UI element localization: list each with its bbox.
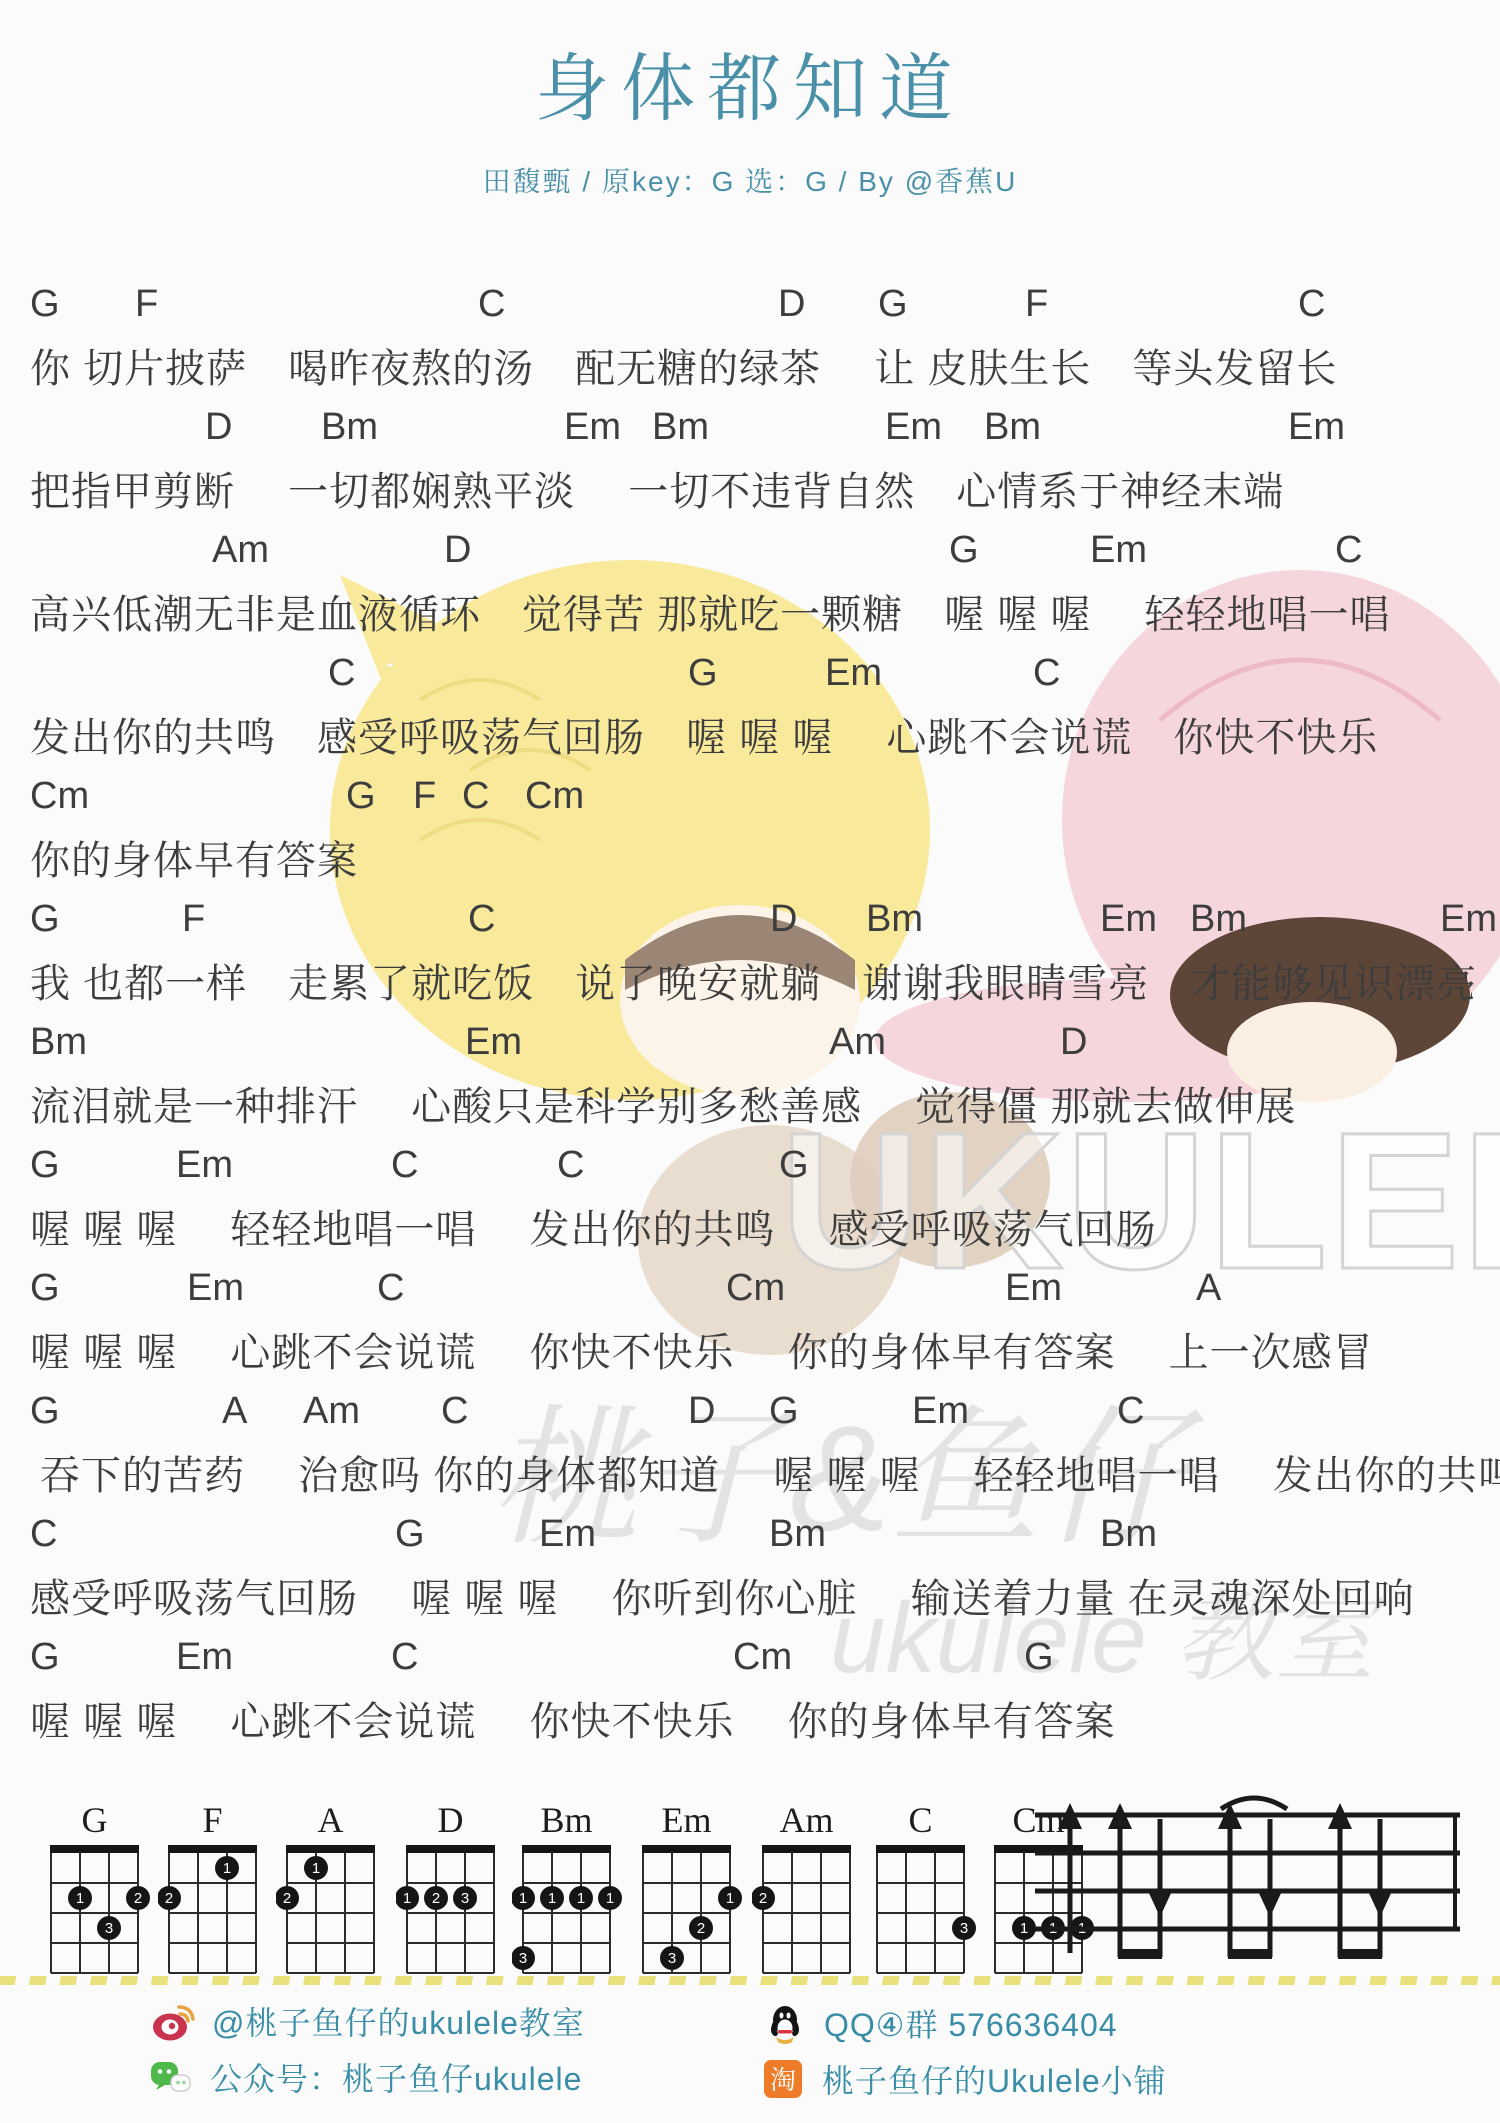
chord-label: F xyxy=(413,775,436,818)
chord-label: Bm xyxy=(1190,898,1247,941)
chord-label: G xyxy=(30,1267,60,1310)
chord-label: Cm xyxy=(30,775,89,818)
svg-text:C: C xyxy=(908,1800,932,1840)
chord-label: Em xyxy=(825,652,882,695)
chord-label: Bm xyxy=(769,1513,826,1556)
footer-text: QQ④群 576636404 xyxy=(824,2000,1118,2046)
lyric-line: 流泪就是一种排汗 心酸只是科学别多愁善感 觉得僵 那就去做伸展 xyxy=(30,1075,1296,1132)
chord-label: Em xyxy=(564,406,621,449)
chord-label: G xyxy=(878,283,908,326)
svg-text:1: 1 xyxy=(403,1890,411,1907)
chord-label: C xyxy=(30,1513,57,1556)
wechat-icon xyxy=(148,2054,194,2100)
chord-label: D xyxy=(1060,1021,1087,1064)
chord-label: Bm xyxy=(321,406,378,449)
svg-text:D: D xyxy=(438,1800,464,1840)
chord-label: G xyxy=(30,1390,60,1433)
svg-text:Em: Em xyxy=(662,1800,712,1840)
chord-label: G xyxy=(30,1636,60,1679)
song-subtitle: 田馥甄 / 原key：G 选：G / By @香蕉U xyxy=(0,160,1500,200)
chord-label: D xyxy=(444,529,471,572)
chord-label: Em xyxy=(1100,898,1157,941)
chord-label: A xyxy=(1196,1267,1221,1310)
chord-label: C xyxy=(462,775,489,818)
dashed-divider xyxy=(0,1976,1500,1985)
sheet-line-6: GFCDBmEmBmEm我 也都一样 走累了就吃饭 说了晚安就躺 谢谢我眼睛雪亮… xyxy=(0,898,1500,1020)
chord-label: Em xyxy=(912,1390,969,1433)
svg-text:淘: 淘 xyxy=(770,2065,796,2095)
chord-sheet-page: UKULELE 桃子&鱼仔 ukulele 教室 身体都知道 田馥甄 / 原ke… xyxy=(0,0,1500,2123)
lyric-line: 喔 喔 喔 心跳不会说谎 你快不快乐 你的身体早有答案 上一次感冒 xyxy=(30,1321,1374,1378)
svg-text:3: 3 xyxy=(519,1950,527,1967)
lyric-line: 高兴低潮无非是血液循环 觉得苦 那就吃一颗糖 喔 喔 喔 轻轻地唱一唱 xyxy=(30,583,1390,640)
chord-diagram-G: G123 xyxy=(40,1790,150,1985)
chord-label: Bm xyxy=(30,1021,87,1064)
lyric-line: 你的身体早有答案 xyxy=(30,829,358,886)
svg-text:1: 1 xyxy=(223,1860,231,1877)
svg-text:3: 3 xyxy=(461,1890,469,1907)
chord-label: Cm xyxy=(733,1636,792,1679)
svg-text:1: 1 xyxy=(76,1890,84,1907)
footer-item-0-1: QQ④群 576636404 xyxy=(762,2000,1118,2046)
chord-diagram-C: C3 xyxy=(866,1790,976,1985)
chord-label: Am xyxy=(212,529,269,572)
svg-text:F: F xyxy=(202,1800,222,1840)
strum-pattern-staff xyxy=(1025,1795,1470,1975)
svg-text:2: 2 xyxy=(134,1890,142,1907)
footer-item-1-0: 公众号：桃子鱼仔ukulele xyxy=(148,2054,582,2100)
svg-text:A: A xyxy=(318,1800,344,1840)
chord-label: D xyxy=(778,283,805,326)
svg-text:1: 1 xyxy=(548,1890,556,1907)
svg-text:1: 1 xyxy=(606,1890,614,1907)
chord-label: G xyxy=(779,1144,809,1187)
chord-label: Am xyxy=(303,1390,360,1433)
sheet-line-5: CmGFCCm你的身体早有答案 xyxy=(0,775,1500,897)
chord-label: D xyxy=(205,406,232,449)
sheet-line-10: GAAmCDGEmC吞下的苦药 治愈吗 你的身体都知道 喔 喔 喔 轻轻地唱一唱… xyxy=(0,1390,1500,1512)
chord-label: Em xyxy=(176,1636,233,1679)
taobao-icon: 淘 xyxy=(760,2056,806,2102)
chord-label: C xyxy=(1033,652,1060,695)
chord-label: A xyxy=(222,1390,247,1433)
chord-label: Bm xyxy=(652,406,709,449)
chord-label: G xyxy=(395,1513,425,1556)
chord-label: Bm xyxy=(984,406,1041,449)
sheet-line-4: CGEmC发出你的共鸣 感受呼吸荡气回肠 喔 喔 喔 心跳不会说谎 你快不快乐 xyxy=(0,652,1500,774)
svg-text:1: 1 xyxy=(577,1890,585,1907)
chord-label: C xyxy=(328,652,355,695)
chord-label: Cm xyxy=(525,775,584,818)
song-title: 身体都知道 xyxy=(0,30,1500,136)
chord-label: Em xyxy=(885,406,942,449)
svg-text:2: 2 xyxy=(432,1890,440,1907)
svg-text:2: 2 xyxy=(283,1890,291,1907)
chord-label: Am xyxy=(829,1021,886,1064)
chord-label: C xyxy=(468,898,495,941)
sheet-line-9: GEmCCmEmA喔 喔 喔 心跳不会说谎 你快不快乐 你的身体早有答案 上一次… xyxy=(0,1267,1500,1389)
chord-label: C xyxy=(377,1267,404,1310)
chord-label: G xyxy=(949,529,979,572)
footer-text: @桃子鱼仔的ukulele教室 xyxy=(212,1998,585,2044)
chord-label: G xyxy=(30,898,60,941)
sheet-line-12: GEmCCmG喔 喔 喔 心跳不会说谎 你快不快乐 你的身体早有答案 xyxy=(0,1636,1500,1758)
chord-label: Bm xyxy=(1100,1513,1157,1556)
chord-label: Em xyxy=(1090,529,1147,572)
lyric-line: 喔 喔 喔 心跳不会说谎 你快不快乐 你的身体早有答案 xyxy=(30,1690,1116,1747)
chord-label: C xyxy=(557,1144,584,1187)
sheet-line-3: AmDGEmC高兴低潮无非是血液循环 觉得苦 那就吃一颗糖 喔 喔 喔 轻轻地唱… xyxy=(0,529,1500,651)
chord-diagram-Em: Em123 xyxy=(632,1790,742,1985)
chord-label: C xyxy=(1298,283,1325,326)
svg-text:Bm: Bm xyxy=(540,1800,592,1840)
lyric-line: 发出你的共鸣 感受呼吸荡气回肠 喔 喔 喔 心跳不会说谎 你快不快乐 xyxy=(30,706,1378,763)
chord-label: G xyxy=(30,1144,60,1187)
weibo-icon xyxy=(150,1998,196,2044)
chord-label: Em xyxy=(176,1144,233,1187)
footer-item-1-1: 淘 桃子鱼仔的Ukulele小铺 xyxy=(760,2056,1167,2102)
chord-label: Em xyxy=(1288,406,1345,449)
sheet-line-2: DBmEmBmEmBmEm把指甲剪断 一切都娴熟平淡 一切不违背自然 心情系于神… xyxy=(0,406,1500,528)
chord-diagram-Am: Am2 xyxy=(752,1790,862,1985)
chord-label: G xyxy=(346,775,376,818)
sheet-line-11: CGEmBmBm感受呼吸荡气回肠 喔 喔 喔 你听到你心脏 输送着力量 在灵魂深… xyxy=(0,1513,1500,1635)
chord-label: Bm xyxy=(866,898,923,941)
svg-text:2: 2 xyxy=(165,1890,173,1907)
svg-text:G: G xyxy=(82,1800,108,1840)
svg-text:1: 1 xyxy=(726,1890,734,1907)
svg-text:3: 3 xyxy=(105,1920,113,1937)
footer-text: 公众号：桃子鱼仔ukulele xyxy=(210,2054,582,2100)
sheet-line-1: GFCDGFC你 切片披萨 喝昨夜熬的汤 配无糖的绿茶 让 皮肤生长 等头发留长 xyxy=(0,283,1500,405)
chord-label: G xyxy=(30,283,60,326)
lyric-line: 把指甲剪断 一切都娴熟平淡 一切不违背自然 心情系于神经末端 xyxy=(30,460,1284,517)
chord-diagram-A: A12 xyxy=(276,1790,386,1985)
chord-label: C xyxy=(1117,1390,1144,1433)
chord-label: C xyxy=(441,1390,468,1433)
chord-label: C xyxy=(478,283,505,326)
chord-label: G xyxy=(1024,1636,1054,1679)
chord-diagram-D: D123 xyxy=(396,1790,506,1985)
footer-item-0-0: @桃子鱼仔的ukulele教室 xyxy=(150,1998,585,2044)
chord-label: C xyxy=(391,1636,418,1679)
sheet-line-8: GEmCCG喔 喔 喔 轻轻地唱一唱 发出你的共鸣 感受呼吸荡气回肠 xyxy=(0,1144,1500,1266)
chord-label: F xyxy=(182,898,205,941)
chord-label: G xyxy=(769,1390,799,1433)
svg-text:3: 3 xyxy=(668,1950,676,1967)
chord-label: Em xyxy=(1440,898,1497,941)
chord-label: Em xyxy=(539,1513,596,1556)
chord-label: Em xyxy=(1005,1267,1062,1310)
chord-label: C xyxy=(1335,529,1362,572)
svg-text:2: 2 xyxy=(697,1920,705,1937)
chord-label: Cm xyxy=(726,1267,785,1310)
lyric-line: 我 也都一样 走累了就吃饭 说了晚安就躺 谢谢我眼睛雪亮 才能够见识漂亮 xyxy=(30,952,1477,1009)
chord-label: Em xyxy=(187,1267,244,1310)
lyric-line: 吞下的苦药 治愈吗 你的身体都知道 喔 喔 喔 轻轻地唱一唱 发出你的共鸣 xyxy=(40,1444,1500,1501)
lyric-line: 你 切片披萨 喝昨夜熬的汤 配无糖的绿茶 让 皮肤生长 等头发留长 xyxy=(30,337,1337,394)
chord-label: Em xyxy=(465,1021,522,1064)
lyric-line: 喔 喔 喔 轻轻地唱一唱 发出你的共鸣 感受呼吸荡气回肠 xyxy=(30,1198,1157,1255)
svg-text:1: 1 xyxy=(519,1890,527,1907)
lyric-line: 感受呼吸荡气回肠 喔 喔 喔 你听到你心脏 输送着力量 在灵魂深处回响 xyxy=(30,1567,1415,1624)
chord-label: G xyxy=(688,652,718,695)
chord-label: F xyxy=(1025,283,1048,326)
qq-icon xyxy=(762,2000,808,2046)
svg-text:1: 1 xyxy=(312,1860,320,1877)
chord-label: D xyxy=(688,1390,715,1433)
chord-label: D xyxy=(770,898,797,941)
chord-label: F xyxy=(135,283,158,326)
svg-text:2: 2 xyxy=(759,1890,767,1907)
chord-label: C xyxy=(391,1144,418,1187)
sheet-line-7: BmEmAmD流泪就是一种排汗 心酸只是科学别多愁善感 觉得僵 那就去做伸展 xyxy=(0,1021,1500,1143)
chord-diagram-F: F12 xyxy=(158,1790,268,1985)
footer-text: 桃子鱼仔的Ukulele小铺 xyxy=(822,2056,1167,2102)
svg-text:3: 3 xyxy=(960,1920,968,1937)
chord-diagram-Bm: Bm11113 xyxy=(512,1790,622,1985)
svg-text:Am: Am xyxy=(780,1800,834,1840)
